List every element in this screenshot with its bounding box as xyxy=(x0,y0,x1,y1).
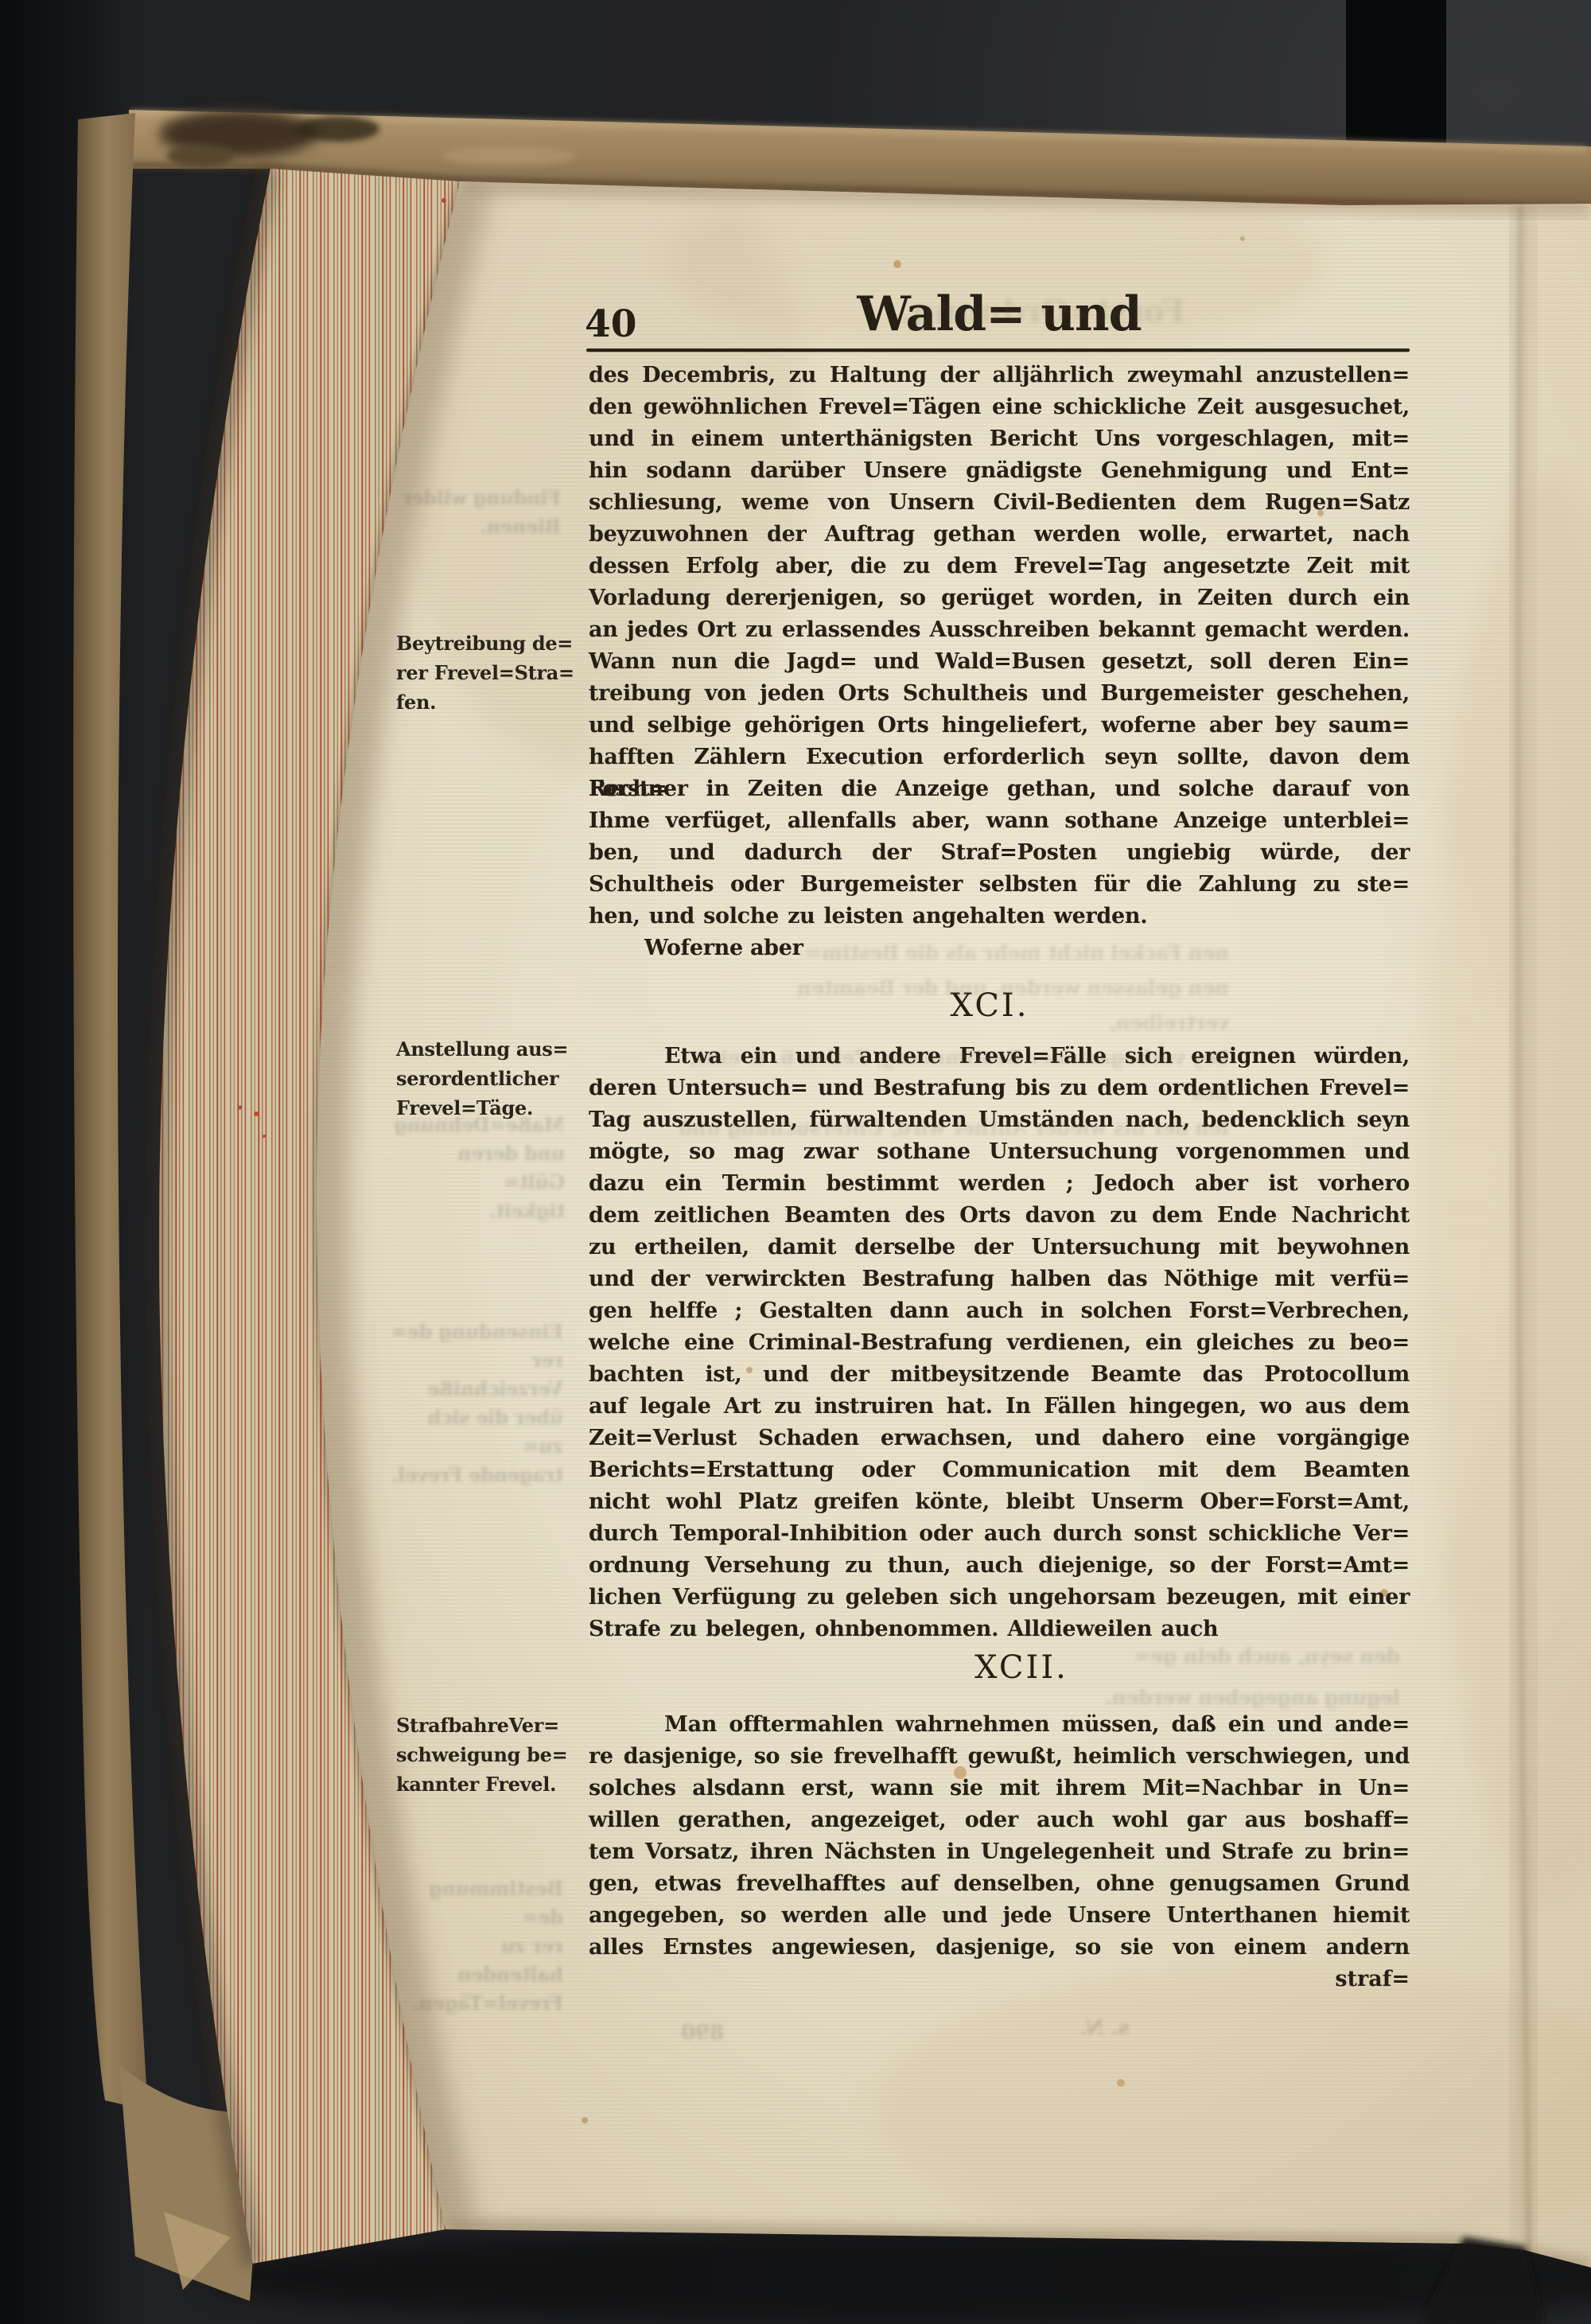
margin-note-line: serordentlicher xyxy=(396,1064,582,1093)
ghost-line: nen gelassen werden, und der Beamten ver… xyxy=(672,971,1229,1041)
margin-note-line: StrafbahreVer= xyxy=(396,1711,582,1740)
book-cover-edge xyxy=(73,113,148,2110)
margin-note-line: Beytreibung de= xyxy=(396,629,582,658)
body-text-line: lichen Verfügung zu geleben sich ungehor… xyxy=(589,1582,1410,1614)
ghost-line: legung angegeben werden. xyxy=(923,1677,1400,1719)
body-text-line: solches alsdann erst, wann sie mit ihrem… xyxy=(589,1773,1410,1804)
ghost-line: s. N. xyxy=(1058,2015,1130,2042)
body-text-line: Wann nun die Jagd= und Wald=Busen gesetz… xyxy=(589,646,1410,678)
ghost-line: tigkeit. xyxy=(402,1197,565,1225)
bleed-through-mark-2: s. N. xyxy=(1058,2015,1130,2042)
body-text-line: und in einem unterthänigsten Bericht Uns… xyxy=(589,423,1410,455)
body-text-line: und der verwirckten Bestrafung halben da… xyxy=(589,1263,1410,1295)
ghost-line: Findung wilder xyxy=(398,484,561,512)
ghost-line: und deren Gült= xyxy=(402,1139,565,1197)
margin-note-line: schweigung be= xyxy=(396,1740,582,1769)
bleed-through-note-2: Maße=Dehnungund deren Gült=tigkeit. xyxy=(402,1111,565,1225)
body-text-line: auf legale Art zu instruiren hat. In Fäl… xyxy=(589,1391,1410,1423)
body-text-line: hin sodann darüber Unsere gnädigste Gene… xyxy=(589,455,1410,487)
body-text-line: Zeit=Verlust Schaden erwachsen, und dahe… xyxy=(589,1423,1410,1454)
body-text-line: dessen Erfolg aber, die zu dem Frevel=Ta… xyxy=(589,551,1410,582)
body-text-line: an jedes Ort zu erlassendes Ausschreiben… xyxy=(589,614,1410,646)
body-text-line: des Decembris, zu Haltung der alljährlic… xyxy=(589,360,1410,391)
body-text-line: nicht wohl Platz greifen könte, bleibt U… xyxy=(589,1486,1410,1518)
bleed-through-block: nen Fackel nicht mehr als die Bestim=nen… xyxy=(672,936,1229,1146)
body-text-line: re dasjenige, so sie frevelhafft gewußt,… xyxy=(589,1741,1410,1773)
body-text-line: Berichts=Erstattung oder Communication m… xyxy=(589,1454,1410,1486)
ghost-line: Einsendung de= xyxy=(390,1318,563,1346)
margin-note-line: fen. xyxy=(396,687,582,717)
ghost-line: bey vorbegastener Bestimmung, Zeilen 6. … xyxy=(672,1041,1229,1111)
body-text-line: gen, etwas frevelhafftes auf denselben, … xyxy=(589,1868,1410,1900)
body-text-line: bachten ist, und der mitbeysitzende Beam… xyxy=(589,1359,1410,1391)
body-paragraph-4: Man offtermahlen wahrnehmen müssen, daß … xyxy=(589,1709,1410,1964)
ghost-line: über die sich zu= xyxy=(390,1403,563,1461)
ghost-line: Bienen. xyxy=(398,512,561,541)
ghost-line: Maße=Dehnung xyxy=(402,1111,565,1139)
body-text-line: willen gerathen, angezeiget, oder auch w… xyxy=(589,1804,1410,1836)
bleed-through-mark-1: 890 xyxy=(652,2019,724,2046)
body-text-line: gen helffe ; Gestalten dann auch in solc… xyxy=(589,1295,1410,1327)
body-text-line: angegeben, so werden alle und jede Unser… xyxy=(589,1900,1410,1932)
body-text-line: tem Vorsatz, ihren Nächsten in Ungelegen… xyxy=(589,1836,1410,1868)
body-text-line: treibung von jeden Orts Schultheis und B… xyxy=(589,678,1410,710)
body-text-line: hen, und solche zu leisten angehalten we… xyxy=(589,901,1410,932)
ghost-line: len der bis wieder Anther wird, Untersuc… xyxy=(672,1111,1229,1146)
body-text-line: und selbige gehörigen Orts hingeliefert,… xyxy=(589,710,1410,742)
body-paragraph-2: Wann nun die Jagd= und Wald=Busen gesetz… xyxy=(589,646,1410,932)
bookmark-ribbon xyxy=(1346,0,1446,150)
body-text-line: hafften Zählern Execution erforderlich s… xyxy=(589,742,1410,773)
body-text-line: welche eine Criminal-Bestrafung verdiene… xyxy=(589,1327,1410,1359)
ghost-line: Frevel=Tägen. xyxy=(390,1989,563,2018)
body-text-line: ben, und dadurch der Straf=Posten ungieb… xyxy=(589,837,1410,869)
body-text-line: alles Ernstes angewiesen, dasjenige, so … xyxy=(589,1932,1410,1964)
bleed-through-title: Forst=Ordnung. xyxy=(843,291,1185,333)
body-text-line: Vorladung dererjenigen, so gerüget worde… xyxy=(589,582,1410,614)
ghost-line: Forst=Ordnung. xyxy=(843,291,1185,333)
body-text-line: Schultheis oder Burgemeister selbsten fü… xyxy=(589,869,1410,901)
margin-note-beytreibung: Beytreibung de=rer Frevel=Stra=fen. xyxy=(396,629,582,717)
body-text-line: dazu ein Termin bestimmt werden ; Jedoch… xyxy=(589,1168,1410,1200)
ghost-line: nen Fackel nicht mehr als die Bestim= xyxy=(672,936,1229,971)
body-text-line: schliesung, weme von Unsern Civil-Bedien… xyxy=(589,487,1410,519)
body-text-line: beyzuwohnen der Auftrag gethan werden wo… xyxy=(589,519,1410,551)
margin-note-strafbahre: StrafbahreVer=schweigung be=kannter Frev… xyxy=(396,1711,582,1799)
bleed-through-lines: den seyn, auch dein ge=legung angegeben … xyxy=(923,1636,1400,1719)
ghost-line: 890 xyxy=(652,2019,724,2046)
ghost-line: tragende Frevel. xyxy=(390,1461,563,1489)
ghost-line: rer Verzeichniße xyxy=(390,1346,563,1403)
body-text-line: ordnung Versehung zu thun, auch diejenig… xyxy=(589,1550,1410,1582)
body-text-line: den gewöhnlichen Frevel=Tägen eine schic… xyxy=(589,391,1410,423)
bleed-through-note-4: Bestimmung de=rer zu haltendenFrevel=Täg… xyxy=(390,1874,563,2018)
margin-note-line: rer Frevel=Stra= xyxy=(396,658,582,687)
book-scan-page: { "palette": { "background": "#202123", … xyxy=(0,0,1591,2324)
ghost-line: rer zu haltenden xyxy=(390,1932,563,1989)
ghost-line: Bestimmung de= xyxy=(390,1874,563,1932)
ghost-line: den seyn, auch dein ge= xyxy=(923,1636,1400,1677)
margin-note-line: Anstellung aus= xyxy=(396,1034,582,1064)
body-paragraph-1: des Decembris, zu Haltung der alljährlic… xyxy=(589,360,1410,646)
bleed-through-note-3: Einsendung de=rer Verzeichnißeüber die s… xyxy=(390,1318,563,1489)
body-text-line: zu ertheilen, damit derselbe der Untersu… xyxy=(589,1232,1410,1263)
body-text-line: Ihme verfüget, allenfalls aber, wann sot… xyxy=(589,805,1410,837)
body-text-line: Rechner in Zeiten die Anzeige gethan, un… xyxy=(589,773,1410,805)
header-rule xyxy=(586,348,1410,352)
margin-note-line: kannter Frevel. xyxy=(396,1769,582,1799)
catchword: straf= xyxy=(589,1964,1410,1995)
bleed-through-note-1: Findung wilderBienen. xyxy=(398,484,561,541)
body-text-line: durch Temporal-Inhibition oder auch durc… xyxy=(589,1518,1410,1550)
body-text-line: dem zeitlichen Beamten des Orts davon zu… xyxy=(589,1200,1410,1232)
margin-note-anstellung: Anstellung aus=serordentlicherFrevel=Täg… xyxy=(396,1034,582,1123)
